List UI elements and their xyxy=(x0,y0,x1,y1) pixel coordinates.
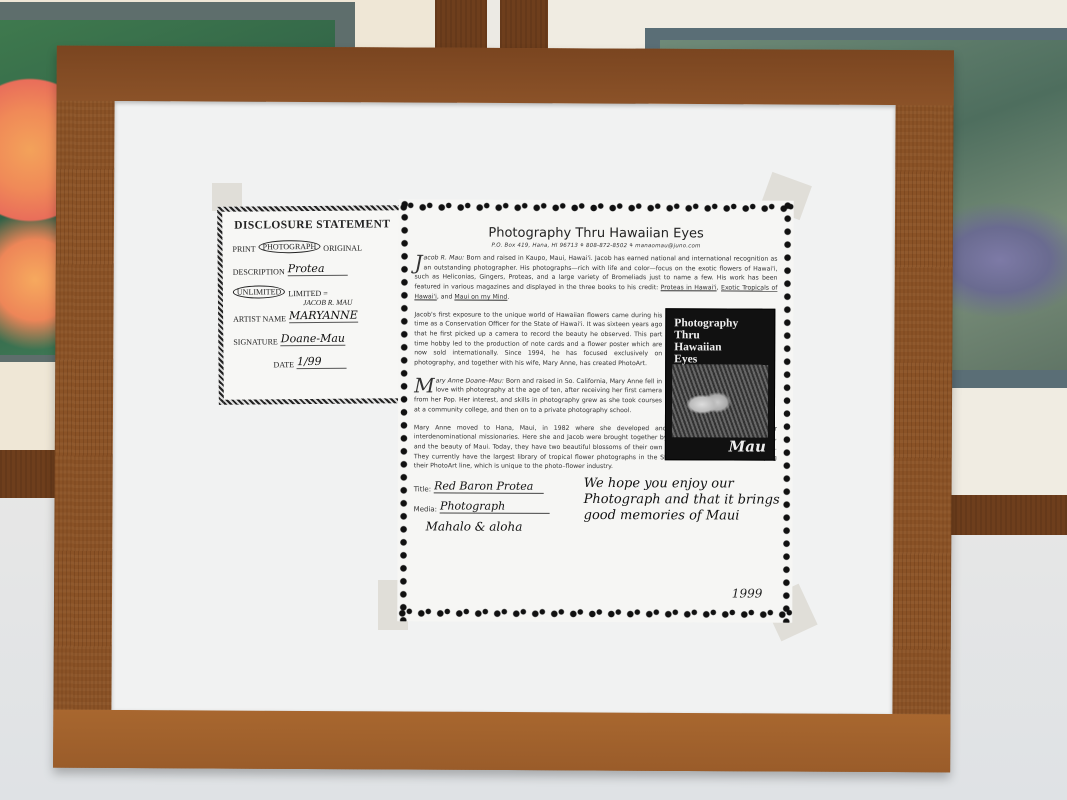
separator: . xyxy=(507,294,509,301)
artist-name-label: ARTIST NAME xyxy=(233,314,286,323)
print-type-row: PRINT PHOTOGRAPH ORIGINAL xyxy=(232,239,402,253)
floral-border xyxy=(397,199,410,621)
photograph-option-circled: PHOTOGRAPH xyxy=(259,240,321,254)
description-value: Protea xyxy=(288,262,348,277)
artist-bio-sheet: Photography Thru Hawaiian Eyes P.O. Box … xyxy=(397,199,793,622)
floral-border xyxy=(397,605,792,622)
floral-border xyxy=(399,199,794,216)
promo-title-line: Photography xyxy=(674,317,738,329)
artwork-fields: Title: Red Baron Protea Media: Photograp… xyxy=(414,479,777,534)
book-title: Maui on my Mind xyxy=(454,293,507,300)
couple-photo-illustration xyxy=(672,364,768,437)
title-value: Red Baron Protea xyxy=(434,479,544,493)
mary-anne-bio-paragraph: Mary Anne Doane–Mau: Born and raised in … xyxy=(414,376,662,416)
date-row: DATE 1/99 xyxy=(273,354,403,369)
book-title: Proteas in Hawai'i xyxy=(661,284,717,291)
disclosure-statement-card: DISCLOSURE STATEMENT PRINT PHOTOGRAPH OR… xyxy=(217,205,409,405)
date-value: 1/99 xyxy=(297,355,347,369)
limited-option: LIMITED = xyxy=(288,289,327,298)
description-row: DESCRIPTION Protea xyxy=(233,261,403,276)
handwritten-note: We hope you enjoy our Photograph and tha… xyxy=(584,476,784,525)
title-label: Title: xyxy=(414,485,431,493)
signature-row: SIGNATURE Doane-Mau xyxy=(233,331,403,346)
media-value: Photograph xyxy=(440,500,550,514)
handwritten-year: 1999 xyxy=(732,586,763,600)
promo-image: Photography Thru Hawaiian Eyes Mau xyxy=(665,308,776,460)
artist-name-value: MARYANNE xyxy=(289,309,358,324)
dropcap: J xyxy=(414,253,422,271)
jacob-history-paragraph: Jacob's first exposure to the unique wor… xyxy=(414,310,662,369)
promo-title: Photography Thru Hawaiian Eyes xyxy=(674,317,738,365)
dropcap: M xyxy=(414,376,435,394)
jacob-bio-paragraph: Jacob R. Mau: Born and raised in Kaupo, … xyxy=(414,253,777,303)
promo-signature: Mau xyxy=(729,437,766,455)
signature-label: SIGNATURE xyxy=(233,337,278,346)
bio-name: acob R. Mau: xyxy=(424,254,465,261)
promo-title-line: Thru xyxy=(674,329,738,341)
promo-title-line: Hawaiian xyxy=(674,341,738,353)
media-label: Media: xyxy=(414,505,437,513)
print-label: PRINT xyxy=(232,244,255,253)
bio-name: ary Anne Doane–Mau: xyxy=(436,377,504,384)
disclosure-title: DISCLOSURE STATEMENT xyxy=(222,218,402,232)
original-option: ORIGINAL xyxy=(323,244,362,253)
separator: , and xyxy=(437,293,455,300)
signature-value: Doane-Mau xyxy=(281,332,345,347)
floral-border xyxy=(780,201,793,623)
artist-name-row: ARTIST NAME MARYANNE xyxy=(233,308,403,323)
date-label: DATE xyxy=(273,360,294,369)
bio-heading: Photography Thru Hawaiian Eyes xyxy=(415,225,778,241)
contact-line: P.O. Box 419, Hana, HI 96713 ⚘ 808-872-8… xyxy=(415,242,778,249)
description-label: DESCRIPTION xyxy=(233,267,285,276)
unlimited-option-circled: UNLIMITED xyxy=(233,285,286,298)
artist-name-extra: JACOB R. MAU xyxy=(303,297,403,307)
